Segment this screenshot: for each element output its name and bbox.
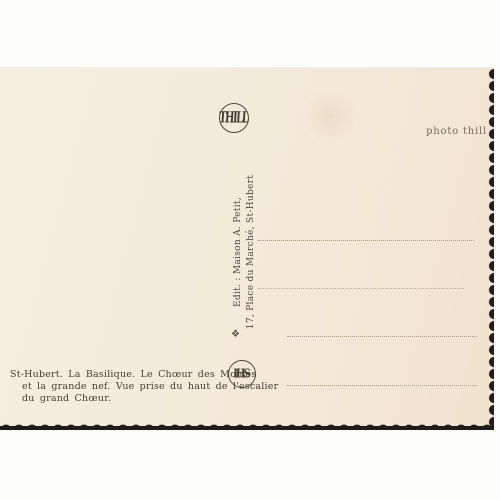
cross-ornament-icon: ❖ [231, 329, 240, 340]
thill-logo: THILL [219, 103, 249, 133]
deckle-edge-right [486, 68, 494, 430]
deckle-edge-bottom [0, 421, 494, 430]
postcard: THILL photo thill Edit. : Maison A. Peti… [0, 68, 494, 430]
caption-line-2: et la grande nef. Vue prise du haut de l… [22, 381, 225, 393]
postcard-scan: THILL photo thill Edit. : Maison A. Peti… [0, 0, 500, 500]
photographer-credit: photo thill [421, 126, 487, 137]
thill-logo-monogram: THILL [218, 109, 249, 126]
address-line [258, 240, 474, 241]
caption-line-3: du grand Chœur. [22, 393, 225, 405]
caption-line-1: St-Hubert. La Basilique. Le Chœur des Mo… [10, 369, 225, 381]
address-line [258, 288, 464, 289]
address-line [287, 336, 477, 337]
publisher-line-2: 17, Place du Marché, St-Hubert [245, 168, 258, 336]
caption: St-Hubert. La Basilique. Le Chœur des Mo… [10, 369, 225, 405]
address-line [287, 385, 477, 386]
publisher-line-1: Edit. : Maison A. Petit, [232, 168, 245, 336]
publisher-imprint: Edit. : Maison A. Petit, 17, Place du Ma… [232, 168, 258, 336]
